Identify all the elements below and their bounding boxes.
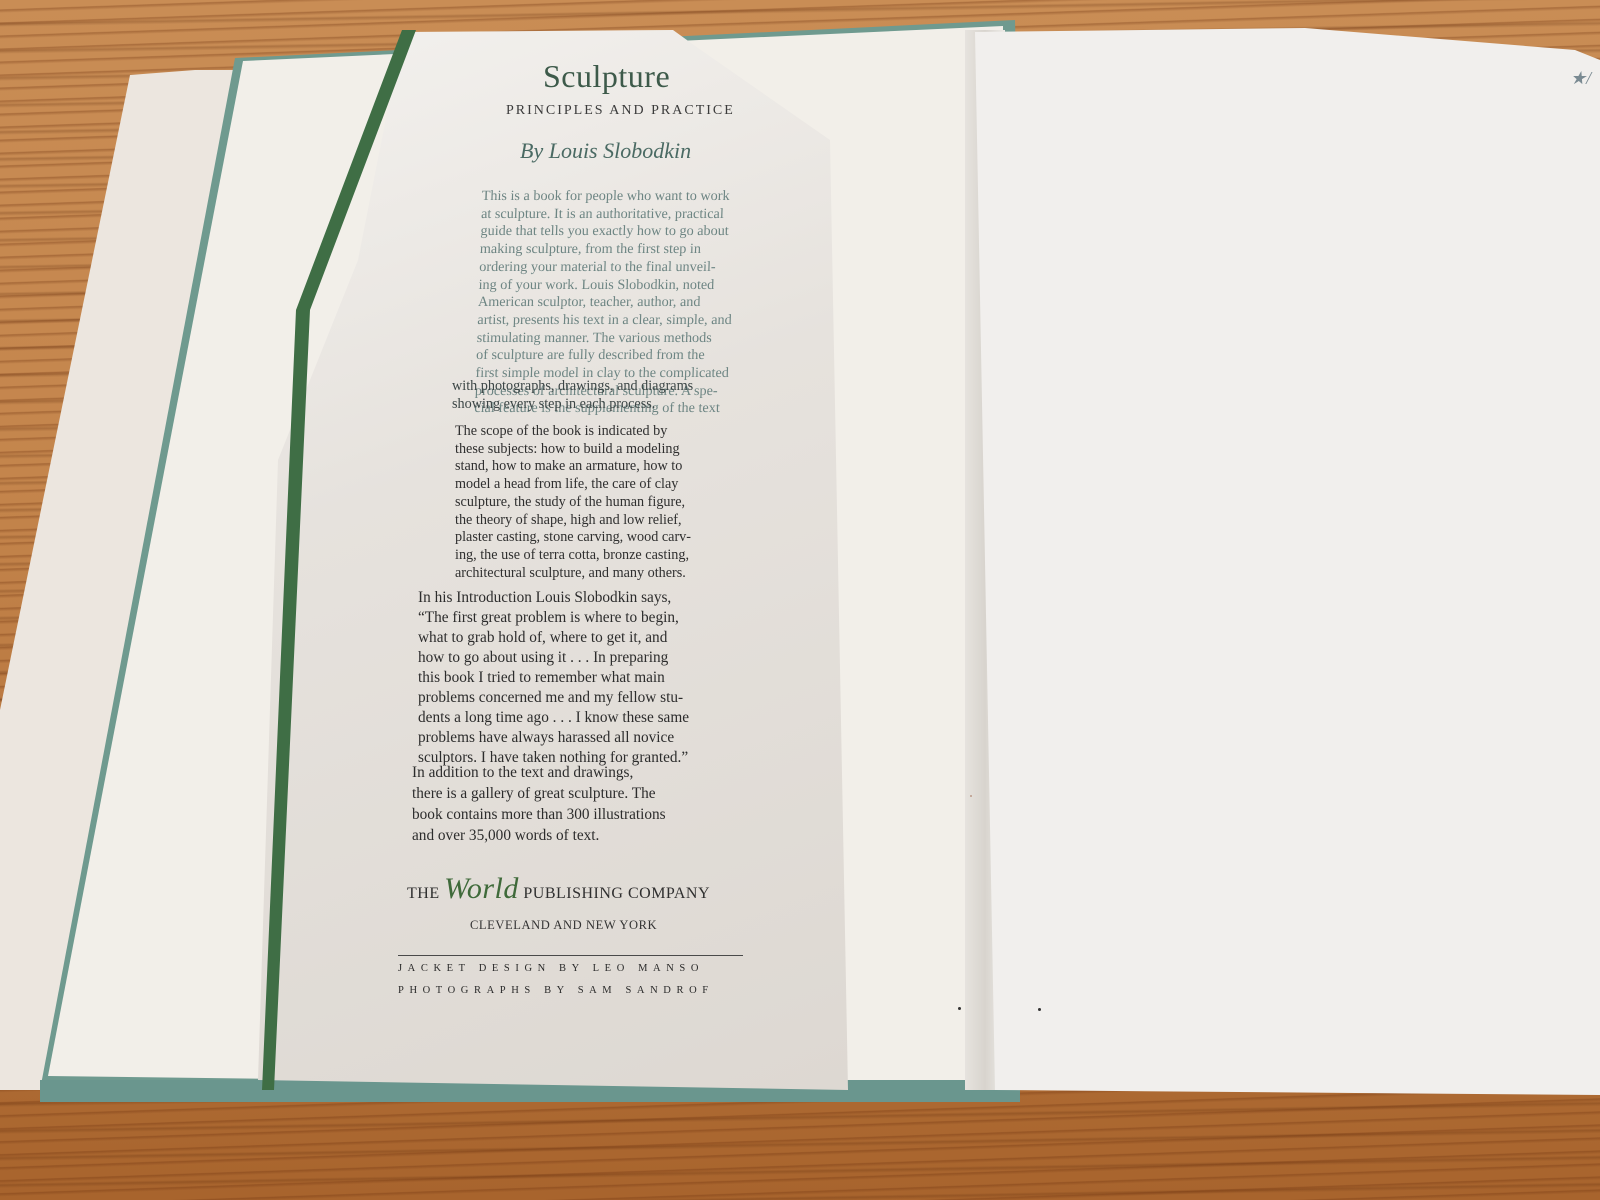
- text-line: stimulating manner. The various methods: [476, 330, 747, 348]
- pencil-mark: ★/: [1570, 68, 1591, 89]
- jacket-design-credit: JACKET DESIGN BY LEO MANSO: [398, 963, 704, 974]
- text-line: book contains more than 300 illustration…: [412, 804, 747, 825]
- text-line: “The first great problem is where to beg…: [418, 608, 748, 628]
- text-line: how to go about using it . . . In prepar…: [418, 648, 748, 668]
- book-subtitle: PRINCIPLES AND PRACTICE: [506, 103, 735, 119]
- text-line: of sculpture are fully described from th…: [476, 347, 747, 365]
- right-endpaper: [975, 20, 1600, 1095]
- text-line: sculpture, the study of the human figure…: [455, 494, 750, 512]
- publisher-suffix: PUBLISHING COMPANY: [523, 885, 710, 902]
- paper-speck: [958, 1007, 961, 1010]
- book-author: By Louis Slobodkin: [520, 138, 691, 164]
- text-line: at sculpture. It is an authoritative, pr…: [481, 206, 752, 224]
- text-line: model a head from life, the care of clay: [455, 476, 750, 494]
- text-line: stand, how to make an armature, how to: [455, 458, 750, 476]
- blurb-paragraph-2: The scope of the book is indicated by th…: [455, 423, 750, 582]
- text-line: with photographs, drawings, and diagrams: [452, 378, 752, 396]
- text-line: this book I tried to remember what main: [418, 668, 748, 688]
- text-line: ing of your work. Louis Slobodkin, noted: [478, 277, 749, 295]
- text-line: making sculpture, from the first step in: [480, 241, 751, 259]
- text-line: In his Introduction Louis Slobodkin says…: [418, 588, 748, 608]
- text-line: plaster casting, stone carving, wood car…: [455, 529, 750, 547]
- text-line: guide that tells you exactly how to go a…: [480, 223, 751, 241]
- text-line: there is a gallery of great sculpture. T…: [412, 783, 747, 804]
- text-line: problems concerned me and my fellow stu-: [418, 688, 748, 708]
- blurb-paragraph-3: In his Introduction Louis Slobodkin says…: [418, 588, 748, 768]
- publisher-prefix: THE: [407, 885, 440, 902]
- text-line: the theory of shape, high and low relief…: [455, 512, 750, 530]
- book-title: Sculpture: [543, 58, 670, 95]
- text-line: In addition to the text and drawings,: [412, 762, 747, 783]
- photographs-credit: PHOTOGRAPHS BY SAM SANDROF: [398, 985, 714, 996]
- text-line: these subjects: how to build a modeling: [455, 441, 750, 459]
- divider-rule: [398, 955, 743, 956]
- text-line: what to grab hold of, where to get it, a…: [418, 628, 748, 648]
- text-line: ing, the use of terra cotta, bronze cast…: [455, 547, 750, 565]
- text-line: dents a long time ago . . . I know these…: [418, 708, 748, 728]
- publisher-imprint: THE World PUBLISHING COMPANY: [407, 872, 710, 906]
- text-line: This is a book for people who want to wo…: [481, 188, 752, 206]
- text-line: showing every step in each process.: [452, 396, 752, 414]
- text-line: ordering your material to the final unve…: [479, 259, 750, 277]
- text-line: American sculptor, teacher, author, and: [478, 294, 749, 312]
- paper-speck: [1038, 1008, 1041, 1011]
- text-line: and over 35,000 words of text.: [412, 825, 747, 846]
- publisher-city: CLEVELAND AND NEW YORK: [470, 918, 657, 933]
- paper-speck: [970, 795, 972, 797]
- text-line: The scope of the book is indicated by: [455, 423, 750, 441]
- blurb-paragraph-4: In addition to the text and drawings, th…: [412, 762, 747, 846]
- text-line: architectural sculpture, and many others…: [455, 565, 750, 583]
- text-line: artist, presents his text in a clear, si…: [477, 312, 748, 330]
- blurb-paragraph-1-end: with photographs, drawings, and diagrams…: [452, 378, 752, 413]
- text-line: problems have always harassed all novice: [418, 728, 748, 748]
- publisher-name: World: [444, 872, 519, 905]
